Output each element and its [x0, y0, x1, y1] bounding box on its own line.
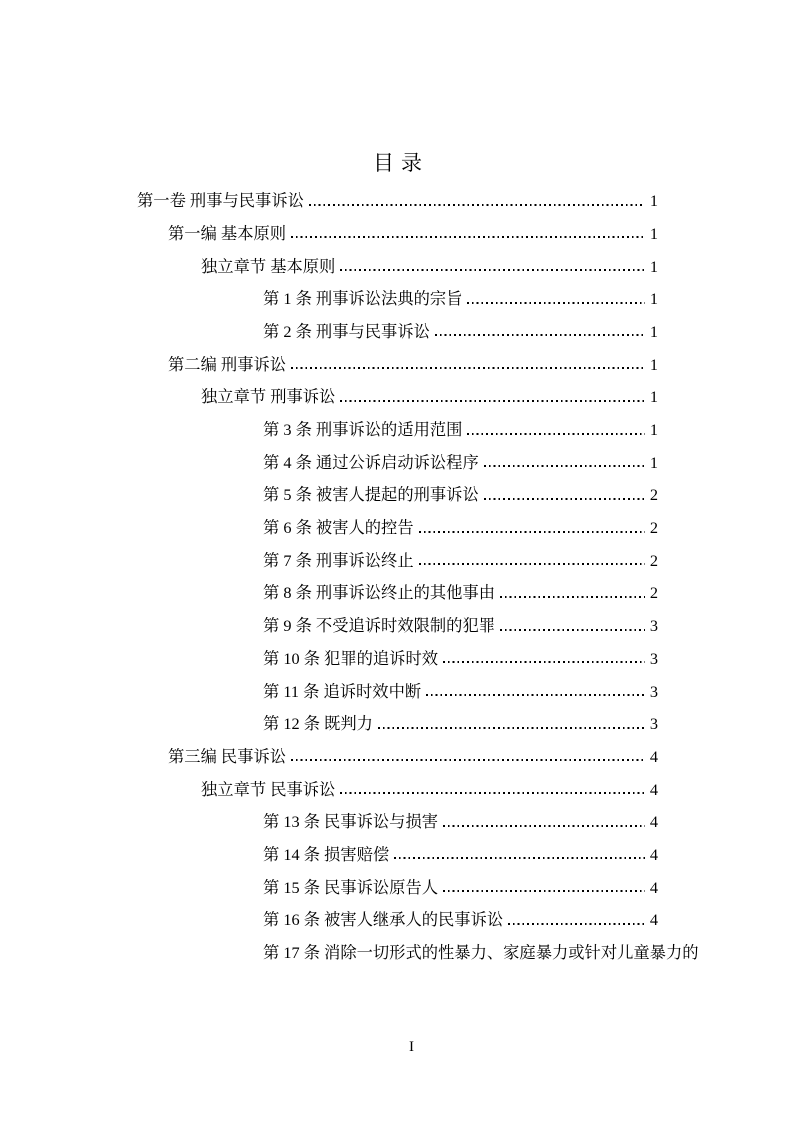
toc-entry[interactable]: 第一卷 刑事与民事诉讼 1: [137, 185, 658, 218]
toc-entry-label: 第三编 民事诉讼: [168, 749, 286, 765]
toc-entry[interactable]: 第一编 基本原则 1: [137, 218, 658, 251]
toc-entry-label: 第 16 条 被害人继承人的民事诉讼: [263, 912, 503, 928]
toc-entry-label: 第二编 刑事诉讼: [168, 357, 286, 373]
toc-entry[interactable]: 第 15 条 民事诉讼原告人 4: [137, 871, 658, 904]
toc-dotted-leader: [378, 727, 645, 729]
toc-entry[interactable]: 第 9 条 不受追诉时效限制的犯罪 3: [137, 610, 658, 643]
toc-entry-page-number: 3: [650, 716, 658, 732]
toc-entry-label: 第 11 条 追诉时效中断: [263, 684, 421, 700]
toc-entry[interactable]: 第 3 条 刑事诉讼的适用范围 1: [137, 414, 658, 447]
toc-entry[interactable]: 独立章节 民事诉讼 4: [137, 773, 658, 806]
toc-entry-label: 第一卷 刑事与民事诉讼: [137, 193, 304, 209]
toc-entry-label: 第 12 条 既判力: [263, 716, 373, 732]
toc-entry-label: 第 2 条 刑事与民事诉讼: [263, 324, 430, 340]
toc-dotted-leader: [394, 857, 645, 859]
toc-dotted-leader: [443, 825, 645, 827]
toc-entry-label: 第 5 条 被害人提起的刑事诉讼: [263, 487, 479, 503]
toc-entry-page-number: 1: [650, 193, 658, 209]
toc-list: 第一卷 刑事与民事诉讼 1 第一编 基本原则 1 独立章节 基本原则 1 第 1…: [137, 185, 658, 970]
toc-entry-page-number: 4: [650, 847, 658, 863]
toc-entry-page-number: 1: [650, 226, 658, 242]
toc-entry[interactable]: 第三编 民事诉讼 4: [137, 741, 658, 774]
toc-dotted-leader: [500, 629, 645, 631]
document-page: 目录 第一卷 刑事与民事诉讼 1 第一编 基本原则 1 独立章节 基本原则 1 …: [0, 0, 793, 1122]
toc-entry[interactable]: 第 10 条 犯罪的追诉时效 3: [137, 643, 658, 676]
toc-entry[interactable]: 第 11 条 追诉时效中断 3: [137, 675, 658, 708]
toc-dotted-leader: [340, 792, 645, 794]
toc-entry[interactable]: 第 1 条 刑事诉讼法典的宗旨 1: [137, 283, 658, 316]
toc-dotted-leader: [484, 498, 645, 500]
toc-dotted-leader: [443, 890, 645, 892]
toc-dotted-leader: [443, 661, 645, 663]
toc-entry[interactable]: 第 16 条 被害人继承人的民事诉讼 4: [137, 904, 658, 937]
toc-entry-page-number: 2: [650, 520, 658, 536]
toc-dotted-leader: [309, 204, 645, 206]
toc-entry[interactable]: 第 5 条 被害人提起的刑事诉讼 2: [137, 479, 658, 512]
toc-entry-page-number: 4: [650, 749, 658, 765]
toc-entry[interactable]: 第 2 条 刑事与民事诉讼 1: [137, 316, 658, 349]
toc-title: 目录: [137, 147, 658, 177]
toc-entry-page-number: 1: [650, 455, 658, 471]
toc-entry[interactable]: 独立章节 刑事诉讼 1: [137, 381, 658, 414]
toc-entry-label: 第 4 条 通过公诉启动诉讼程序: [263, 455, 479, 471]
toc-entry[interactable]: 第 4 条 通过公诉启动诉讼程序 1: [137, 447, 658, 480]
toc-entry-page-number: 1: [650, 324, 658, 340]
toc-dotted-leader: [435, 334, 645, 336]
toc-entry-page-number: 3: [650, 651, 658, 667]
toc-entry-label: 第 1 条 刑事诉讼法典的宗旨: [263, 291, 462, 307]
toc-entry-page-number: 3: [650, 684, 658, 700]
toc-dotted-leader: [508, 923, 645, 925]
toc-dotted-leader: [419, 563, 645, 565]
toc-dotted-leader: [291, 236, 645, 238]
toc-entry-label: 第 8 条 刑事诉讼终止的其他事由: [263, 585, 495, 601]
toc-entry[interactable]: 第 12 条 既判力 3: [137, 708, 658, 741]
toc-dotted-leader: [291, 759, 645, 761]
toc-entry[interactable]: 第 14 条 损害赔偿 4: [137, 839, 658, 872]
toc-entry-page-number: 2: [650, 585, 658, 601]
toc-entry[interactable]: 第 13 条 民事诉讼与损害 4: [137, 806, 658, 839]
toc-entry-label: 第 14 条 损害赔偿: [263, 847, 389, 863]
toc-entry-label: 第 3 条 刑事诉讼的适用范围: [263, 422, 462, 438]
toc-entry-page-number: 4: [650, 880, 658, 896]
toc-entry[interactable]: 独立章节 基本原则 1: [137, 250, 658, 283]
toc-entry-page-number: 4: [650, 782, 658, 798]
toc-entry-label: 第一编 基本原则: [168, 226, 286, 242]
toc-entry-page-number: 1: [650, 259, 658, 275]
toc-dotted-leader: [426, 694, 645, 696]
toc-entry-label: 第 10 条 犯罪的追诉时效: [263, 651, 438, 667]
toc-dotted-leader: [291, 367, 645, 369]
toc-entry-page-number: 1: [650, 357, 658, 373]
toc-entry[interactable]: 第 6 条 被害人的控告 2: [137, 512, 658, 545]
toc-entry[interactable]: 第 8 条 刑事诉讼终止的其他事由 2: [137, 577, 658, 610]
toc-entry[interactable]: 第二编 刑事诉讼 1: [137, 348, 658, 381]
toc-entry[interactable]: 第 7 条 刑事诉讼终止 2: [137, 545, 658, 578]
toc-entry-page-number: 4: [650, 814, 658, 830]
toc-entry-label: 第 15 条 民事诉讼原告人: [263, 880, 438, 896]
toc-entry[interactable]: 第 17 条 消除一切形式的性暴力、家庭暴力或针对儿童暴力的: [137, 937, 658, 970]
toc-dotted-leader: [340, 400, 645, 402]
toc-dotted-leader: [484, 465, 645, 467]
toc-entry-label: 第 7 条 刑事诉讼终止: [263, 553, 414, 569]
toc-entry-label: 第 17 条 消除一切形式的性暴力、家庭暴力或针对儿童暴力的: [263, 945, 699, 961]
toc-dotted-leader: [340, 269, 645, 271]
toc-entry-page-number: 1: [650, 422, 658, 438]
toc-entry-label: 第 6 条 被害人的控告: [263, 520, 414, 536]
toc-entry-page-number: 3: [650, 618, 658, 634]
toc-dotted-leader: [500, 596, 645, 598]
toc-entry-label: 独立章节 基本原则: [201, 259, 335, 275]
toc-entry-label: 独立章节 刑事诉讼: [201, 389, 335, 405]
toc-entry-label: 第 9 条 不受追诉时效限制的犯罪: [263, 618, 495, 634]
toc-entry-label: 独立章节 民事诉讼: [201, 782, 335, 798]
page-number-footer: I: [0, 1039, 793, 1056]
toc-entry-page-number: 1: [650, 291, 658, 307]
toc-entry-page-number: 4: [650, 912, 658, 928]
toc-dotted-leader: [467, 302, 644, 304]
toc-entry-label: 第 13 条 民事诉讼与损害: [263, 814, 438, 830]
toc-entry-page-number: 2: [650, 487, 658, 503]
toc-dotted-leader: [419, 531, 645, 533]
toc-entry-page-number: 1: [650, 389, 658, 405]
toc-entry-page-number: 2: [650, 553, 658, 569]
toc-dotted-leader: [467, 433, 644, 435]
